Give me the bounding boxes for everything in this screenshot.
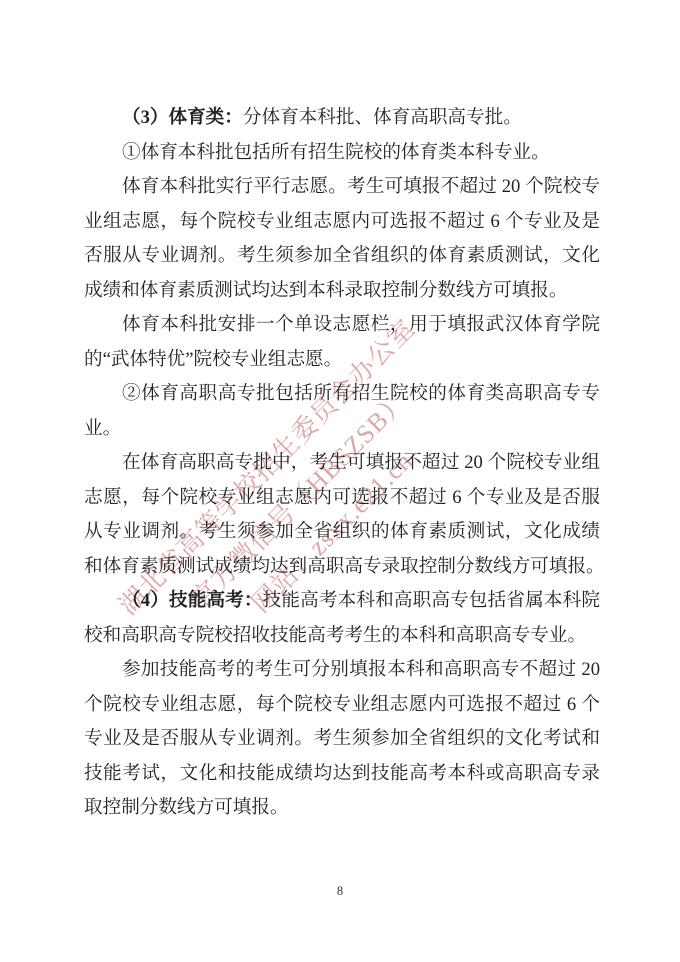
text-line: 业组志愿，每个院校专业组志愿内可选报不超过 6 个专业及是 — [84, 205, 600, 240]
document-page: 湖北省高等学校招生委员会办公室 官方微信号（HBSZSB） 网站：zsxx.e2… — [0, 0, 680, 962]
text-line: 个院校专业组志愿，每个院校专业组志愿内可选报不超过 6 个 — [84, 688, 600, 723]
text-line: ①体育本科批包括所有招生院校的体育类本科专业。 — [84, 136, 600, 171]
paragraph-label: （3）体育类： — [122, 107, 243, 128]
text-line: 参加技能高考的考生可分别填报本科和高职高专不超过 20 — [84, 653, 600, 688]
text-line: 校和高职高专院校招收技能高考考生的本科和高职高专专业。 — [84, 619, 600, 654]
text-line: 的“武体特优”院校专业组志愿。 — [84, 343, 600, 378]
line-text: 专业及是否服从专业调剂。考生须参加全省组织的文化考试和 — [84, 728, 600, 749]
line-text: 在体育高职高专批中，考生可填报不超过 20 个院校专业组 — [122, 452, 600, 473]
line-text: ②体育高职高专批包括所有招生院校的体育类高职高专专 — [122, 383, 600, 404]
text-line: （3）体育类：分体育本科批、体育高职高专批。 — [84, 101, 600, 136]
text-line: 取控制分数线方可填报。 — [84, 791, 600, 826]
line-text: 业组志愿，每个院校专业组志愿内可选报不超过 6 个专业及是 — [84, 211, 600, 232]
paragraph-label: （4）技能高考： — [122, 590, 263, 611]
line-text: 从专业调剂。考生须参加全省组织的体育素质测试，文化成绩 — [84, 521, 600, 542]
line-text: 分体育本科批、体育高职高专批。 — [243, 107, 522, 128]
line-text: 校和高职高专院校招收技能高考考生的本科和高职高专专业。 — [84, 625, 586, 646]
text-line: 体育本科批安排一个单设志愿栏，用于填报武汉体育学院 — [84, 308, 600, 343]
line-text: 取控制分数线方可填报。 — [84, 797, 289, 818]
text-line: 业。 — [84, 412, 600, 447]
line-text: ①体育本科批包括所有招生院校的体育类本科专业。 — [122, 142, 550, 163]
text-line: 否服从专业调剂。考生须参加全省组织的体育素质测试，文化 — [84, 239, 600, 274]
text-line: 成绩和体育素质测试均达到本科录取控制分数线方可填报。 — [84, 274, 600, 309]
line-text: 技能高考本科和高职高专包括省属本科院 — [263, 590, 600, 611]
line-text: 参加技能高考的考生可分别填报本科和高职高专不超过 20 — [122, 659, 600, 680]
line-text: 体育本科批实行平行志愿。考生可填报不超过 20 个院校专 — [122, 176, 600, 197]
text-line: 和体育素质测试成绩均达到高职高专录取控制分数线方可填报。 — [84, 550, 600, 585]
line-text: 志愿，每个院校专业组志愿内可选报不超过 6 个专业及是否服 — [84, 487, 600, 508]
text-line: 体育本科批实行平行志愿。考生可填报不超过 20 个院校专 — [84, 170, 600, 205]
line-text: 和体育素质测试成绩均达到高职高专录取控制分数线方可填报。 — [84, 556, 605, 577]
text-line: ②体育高职高专批包括所有招生院校的体育类高职高专专 — [84, 377, 600, 412]
line-text: 否服从专业调剂。考生须参加全省组织的体育素质测试，文化 — [84, 245, 600, 266]
text-content: （3）体育类：分体育本科批、体育高职高专批。 ①体育本科批包括所有招生院校的体育… — [84, 101, 600, 826]
text-line: 志愿，每个院校专业组志愿内可选报不超过 6 个专业及是否服 — [84, 481, 600, 516]
line-text: 业。 — [84, 418, 121, 439]
line-text: 体育本科批安排一个单设志愿栏，用于填报武汉体育学院 — [122, 314, 600, 335]
text-line: 技能考试，文化和技能成绩均达到技能高考本科或高职高专录 — [84, 757, 600, 792]
line-text: 个院校专业组志愿，每个院校专业组志愿内可选报不超过 6 个 — [84, 694, 600, 715]
text-line: 从专业调剂。考生须参加全省组织的体育素质测试，文化成绩 — [84, 515, 600, 550]
text-line: （4）技能高考：技能高考本科和高职高专包括省属本科院 — [84, 584, 600, 619]
text-line: 在体育高职高专批中，考生可填报不超过 20 个院校专业组 — [84, 446, 600, 481]
line-text: 技能考试，文化和技能成绩均达到技能高考本科或高职高专录 — [84, 763, 600, 784]
line-text: 的“武体特优”院校专业组志愿。 — [84, 349, 342, 370]
text-line: 专业及是否服从专业调剂。考生须参加全省组织的文化考试和 — [84, 722, 600, 757]
line-text: 成绩和体育素质测试均达到本科录取控制分数线方可填报。 — [84, 280, 567, 301]
page-number: 8 — [0, 884, 680, 899]
